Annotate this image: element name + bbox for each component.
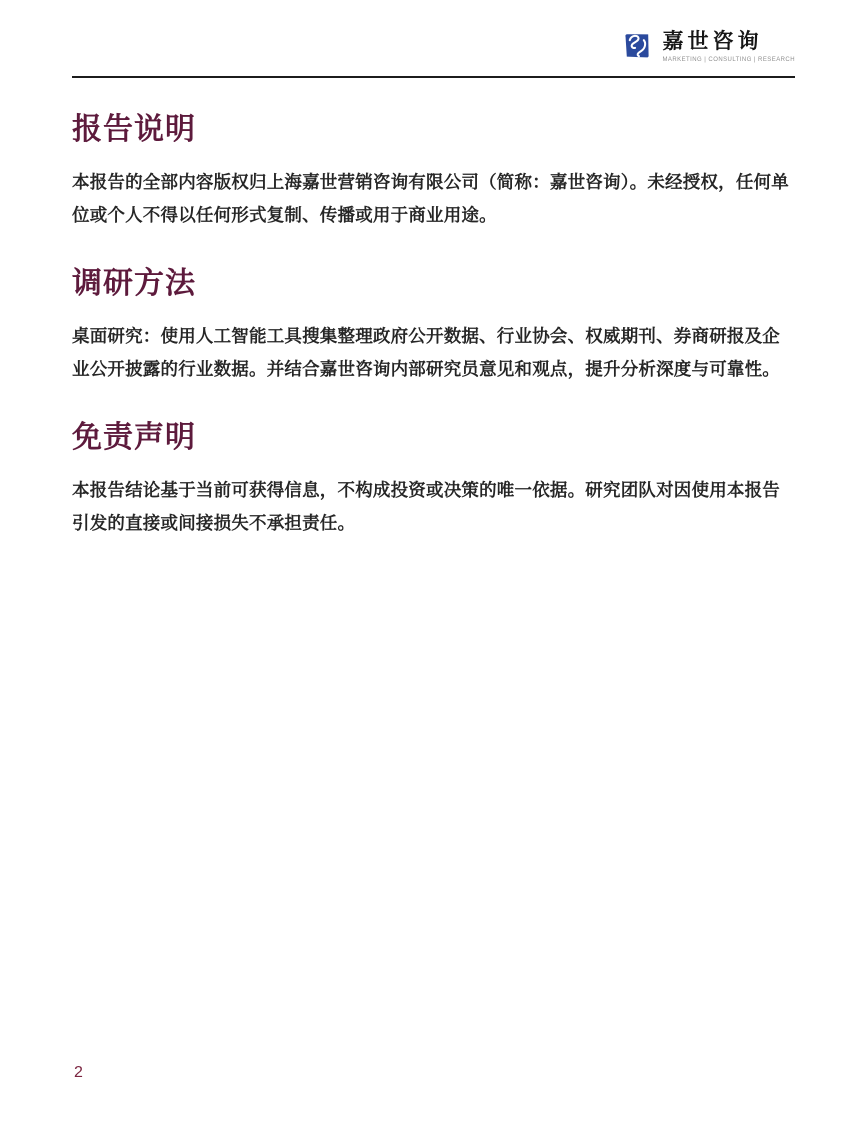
- page-number: 2: [74, 1063, 83, 1083]
- section-research-method: 调研方法 桌面研究：使用人工智能工具搜集整理政府公开数据、行业协会、权威期刊、券…: [72, 265, 795, 386]
- page-header: 嘉世咨询 MARKETING | CONSULTING | RESEARCH: [72, 0, 795, 78]
- jiashi-logo-icon: [622, 30, 653, 61]
- section-title-research-method: 调研方法: [72, 265, 795, 303]
- report-page: 嘉世咨询 MARKETING | CONSULTING | RESEARCH 报…: [0, 0, 866, 1122]
- page-content: 报告说明 本报告的全部内容版权归上海嘉世营销咨询有限公司（简称：嘉世咨询）。未经…: [72, 78, 795, 540]
- section-title-report-notes: 报告说明: [72, 111, 795, 149]
- brand-tagline: MARKETING | CONSULTING | RESEARCH: [662, 57, 795, 63]
- section-report-notes: 报告说明 本报告的全部内容版权归上海嘉世营销咨询有限公司（简称：嘉世咨询）。未经…: [72, 111, 795, 232]
- section-body-research-method: 桌面研究：使用人工智能工具搜集整理政府公开数据、行业协会、权威期刊、券商研报及企…: [72, 320, 795, 386]
- section-body-disclaimer: 本报告结论基于当前可获得信息，不构成投资或决策的唯一依据。研究团队对因使用本报告…: [72, 474, 795, 540]
- section-disclaimer: 免责声明 本报告结论基于当前可获得信息，不构成投资或决策的唯一依据。研究团队对因…: [72, 419, 795, 540]
- section-title-disclaimer: 免责声明: [72, 419, 795, 457]
- brand-name: 嘉世咨询: [662, 30, 795, 54]
- brand-logo: 嘉世咨询 MARKETING | CONSULTING | RESEARCH: [622, 30, 795, 63]
- brand-text-block: 嘉世咨询 MARKETING | CONSULTING | RESEARCH: [662, 30, 795, 63]
- section-body-report-notes: 本报告的全部内容版权归上海嘉世营销咨询有限公司（简称：嘉世咨询）。未经授权，任何…: [72, 166, 795, 232]
